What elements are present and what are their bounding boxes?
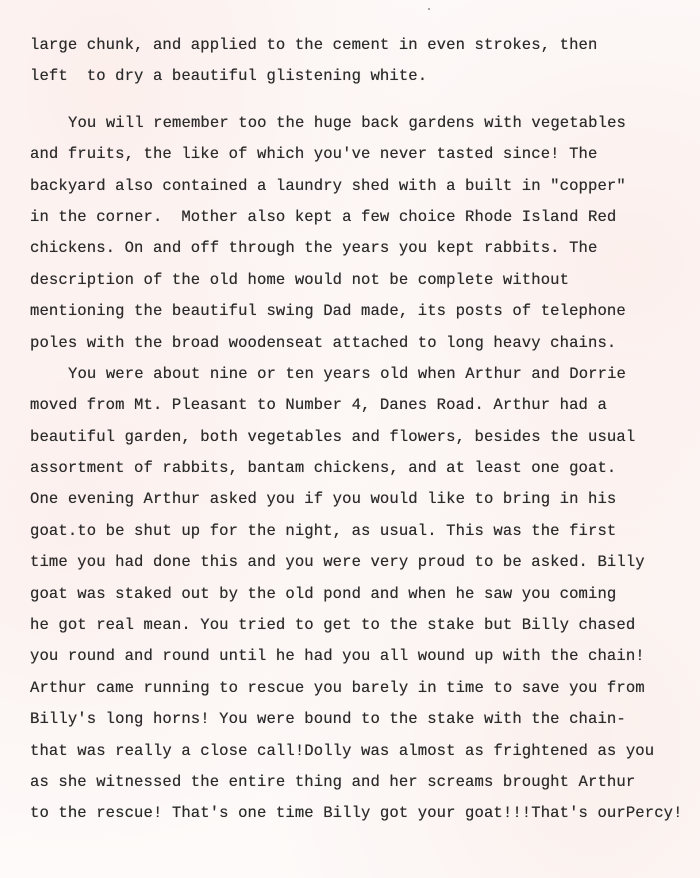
paragraph: You were about nine or ten years old whe… <box>30 359 680 830</box>
paragraph-gap <box>30 93 680 108</box>
text-line: to the rescue! That's one time Billy got… <box>30 798 680 829</box>
text-line: you round and round until he had you all… <box>30 641 680 672</box>
text-line: in the corner. Mother also kept a few ch… <box>30 202 680 233</box>
text-line: moved from Mt. Pleasant to Number 4, Dan… <box>30 390 680 421</box>
paragraph: large chunk, and applied to the cement i… <box>30 30 680 93</box>
text-line: You will remember too the huge back gard… <box>30 108 680 139</box>
text-line: Arthur came running to rescue you barely… <box>30 673 680 704</box>
text-line: he got real mean. You tried to get to th… <box>30 610 680 641</box>
paper-speck <box>428 8 430 10</box>
text-line: One evening Arthur asked you if you woul… <box>30 484 680 515</box>
text-line: assortment of rabbits, bantam chickens, … <box>30 453 680 484</box>
text-line: and fruits, the like of which you've nev… <box>30 139 680 170</box>
text-line: backyard also contained a laundry shed w… <box>30 171 680 202</box>
text-line: goat.to be shut up for the night, as usu… <box>30 516 680 547</box>
text-line: description of the old home would not be… <box>30 265 680 296</box>
text-line: chickens. On and off through the years y… <box>30 233 680 264</box>
text-line: goat was staked out by the old pond and … <box>30 579 680 610</box>
text-line: large chunk, and applied to the cement i… <box>30 30 680 61</box>
text-line: You were about nine or ten years old whe… <box>30 359 680 390</box>
text-line: beautiful garden, both vegetables and fl… <box>30 422 680 453</box>
paragraph: You will remember too the huge back gard… <box>30 108 680 359</box>
text-line: Billy's long horns! You were bound to th… <box>30 704 680 735</box>
typewritten-page: large chunk, and applied to the cement i… <box>30 30 680 830</box>
text-line: mentioning the beautiful swing Dad made,… <box>30 296 680 327</box>
text-line: poles with the broad woodenseat attached… <box>30 328 680 359</box>
text-line: left to dry a beautiful glistening white… <box>30 61 680 92</box>
text-line: as she witnessed the entire thing and he… <box>30 767 680 798</box>
text-line: time you had done this and you were very… <box>30 547 680 578</box>
text-line: that was really a close call!Dolly was a… <box>30 736 680 767</box>
